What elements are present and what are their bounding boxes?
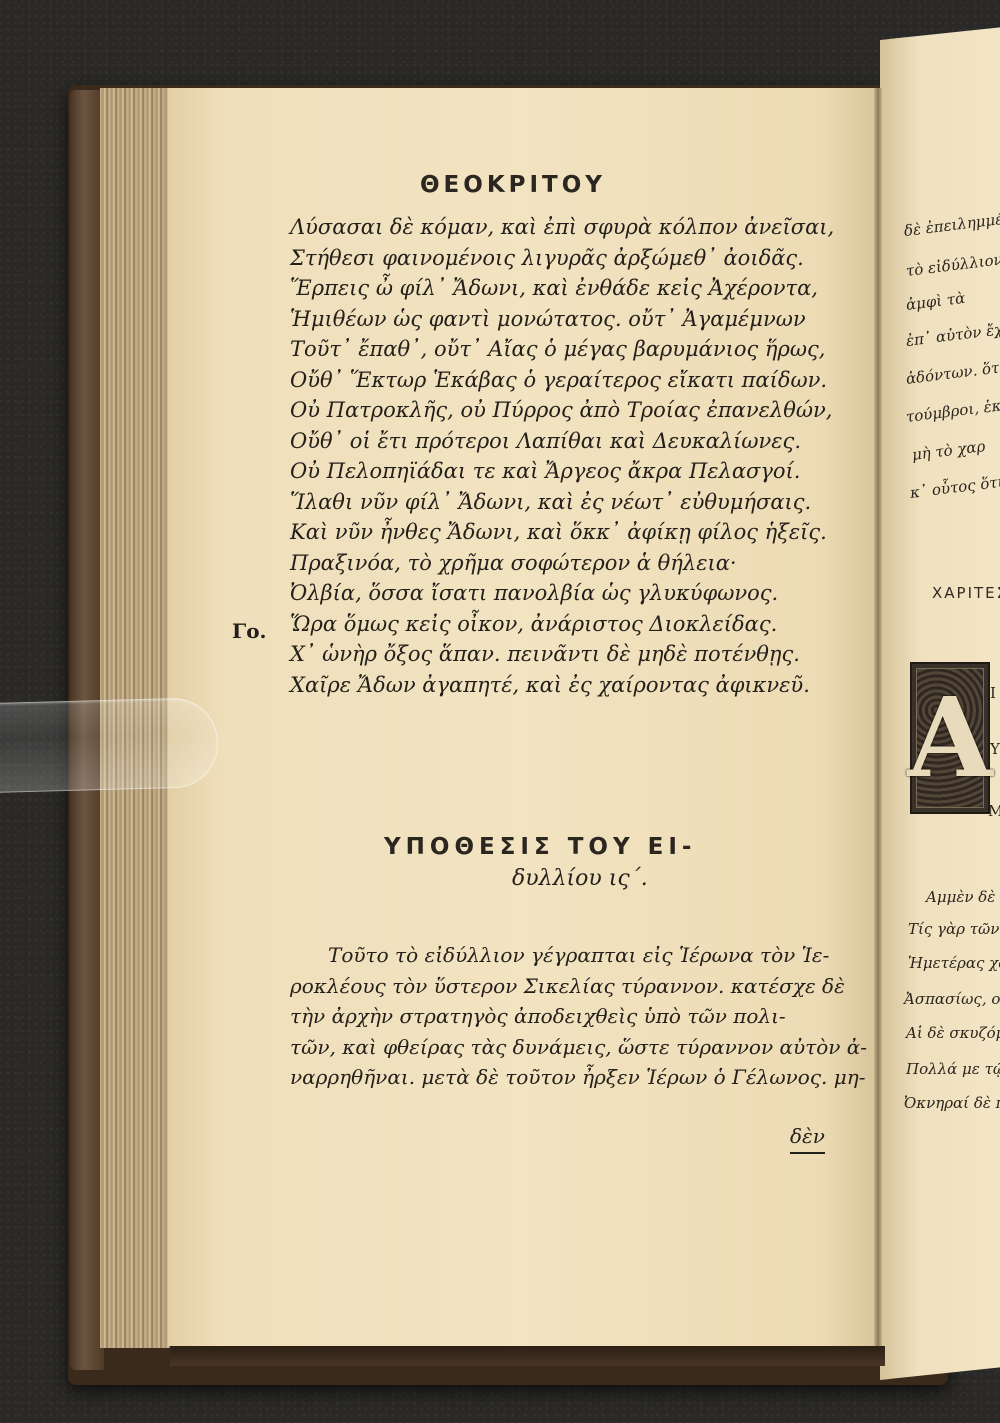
verse-line: Ἵλαθι νῦν φίλ᾽ Ἄδωνι, καὶ ἐς νέωτ᾽ εὐθυμ…	[290, 487, 860, 518]
cover-bottom-edge	[170, 1346, 885, 1366]
verse-line: Ἕρπεις ὦ φίλ᾽ Ἄδωνι, καὶ ἐνθάδε κεἰς Ἀχέ…	[290, 273, 860, 304]
prose-line: τῶν, καὶ φθείρας τὰς δυνάμεις, ὥστε τύρα…	[290, 1032, 850, 1063]
decorated-initial: A	[910, 662, 990, 814]
verse-line: Καὶ νῦν ἦνθες Ἄδωνι, καὶ ὅκκ᾽ ἀφίκῃ φίλο…	[290, 517, 860, 548]
verse-line: Τοῦτ᾽ ἔπαθ᾽, οὔτ᾽ Αἴας ὁ μέγας βαρυμάνιο…	[290, 334, 860, 365]
initial-letter: A	[907, 683, 992, 793]
verse-line: Χαῖρε Ἄδων ἀγαπητέ, καὶ ἐς χαίροντας ἀφι…	[290, 670, 860, 701]
catchword: δὲν	[790, 1124, 825, 1154]
verse-line: Λύσασαι δὲ κόμαν, καὶ ἐπὶ σφυρὰ κόλπον ἀ…	[290, 212, 860, 243]
verse-line: Οὐ Πελοπηϊάδαι τε καὶ Ἄργεος ἄκρα Πελασγ…	[290, 456, 860, 487]
clear-page-weight[interactable]	[0, 697, 219, 793]
right-text-line: Αμμὲν δὲ ἔργα	[926, 888, 1000, 906]
verse-line: Χ᾽ ὡνὴρ ὄξος ἅπαν. πεινᾶντι δὲ μηδὲ ποτέ…	[290, 639, 860, 670]
right-text-line: Ἀσπασίως, οὐδ᾽	[904, 990, 1000, 1008]
verse-line: Ὥρα ὅμως κεἰς οἶκον, ἀνάριστος Διοκλείδα…	[290, 609, 860, 640]
verse-line: Στήθεσι φαινομένοις λιγυρᾶς ἀρξώμεθ᾽ ἀοι…	[290, 243, 860, 274]
hypothesis-title: ΥΠΟΘΕΣΙΣ ΤΟΥ ΕΙ-	[384, 834, 784, 860]
prose-line: ροκλέους τὸν ὕστερον Σικελίας τύραννον. …	[290, 971, 850, 1002]
right-side-letter: Μ	[988, 802, 1000, 820]
prose-line: ναρρηθῆναι. μετὰ δὲ τοῦτον ἦρξεν Ἱέρων ὁ…	[290, 1062, 850, 1093]
verse-line: Οὔθ᾽ Ἕκτωρ Ἑκάβας ὁ γεραίτερος εἴκατι πα…	[290, 365, 860, 396]
prose-line: Τοῦτο τὸ εἰδύλλιον γέγραπται εἰς Ἱέρωνα …	[290, 940, 850, 971]
right-text-line: Ἡμετέρας χάριτ	[908, 954, 1000, 972]
verse-line: Πραξινόα, τὸ χρῆμα σοφώτερον ἁ θήλεια·	[290, 548, 860, 579]
right-section-head: ΧΑΡΙΤΕΣ	[932, 584, 1000, 602]
right-text-line: Τίς γὰρ τῶν ὁπόσοι	[908, 920, 1000, 938]
running-head: ΘΕΟΚΡΙΤΟΥ	[420, 172, 606, 198]
prose-block: Τοῦτο τὸ εἰδύλλιον γέγραπται εἰς Ἱέρωνα …	[290, 940, 850, 1093]
verse-line: Οὔθ᾽ οἱ ἔτι πρότεροι Λαπίθαι καὶ Δευκαλί…	[290, 426, 860, 457]
hypothesis-subtitle: δυλλίου ις΄.	[512, 866, 648, 891]
right-text-line: Αἱ δὲ σκυζόμεναι	[906, 1024, 1000, 1042]
prose-line: τὴν ἀρχὴν στρατηγὸς ἀποδειχθεὶς ὑπὸ τῶν …	[290, 1001, 850, 1032]
verse-line: Ἡμιθέων ὡς φαντὶ μονώτατος. οὔτ᾽ Ἀγαμέμν…	[290, 304, 860, 335]
right-text-line: Ὀκνηραί δὲ πάλ	[904, 1094, 1000, 1112]
right-text-line: Πολλά με τῷ	[906, 1060, 1000, 1078]
verse-line: Ὀλβία, ὅσσα ἴσατι πανολβία ὡς γλυκύφωνος…	[290, 578, 860, 609]
speaker-label: Γο.	[232, 619, 267, 643]
verse-block: Λύσασαι δὲ κόμαν, καὶ ἐπὶ σφυρὰ κόλπον ἀ…	[290, 212, 860, 700]
verse-line: Οὐ Πατροκλῆς, οὐ Πύρρος ἀπὸ Τροίας ἐπανε…	[290, 395, 860, 426]
